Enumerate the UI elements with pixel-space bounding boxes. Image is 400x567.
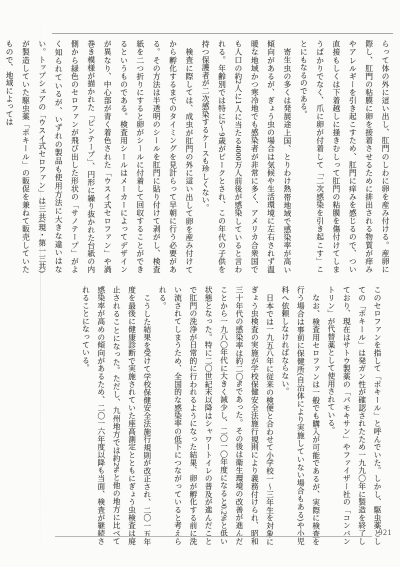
paragraph-continuation: このセロファンを指して「ポキール」と呼んでいた。しかし、駆虫薬としての「ポキール… (324, 286, 385, 545)
paragraph: 検査に際しては、成虫が肛門の外に這い出して卵を産み付けてから孵化するまでのタイミ… (1, 40, 197, 273)
paragraph-continuation: らって体の外に這い出し、肛門のしわに卵を産み付ける。産卵に際し、肛門の粘膜に卵を… (295, 40, 393, 273)
header-rule (52, 33, 393, 34)
page-number: 921 (379, 528, 393, 537)
scanned-book-page: らって体の外に這い出し、肛門のしわに卵を産み付ける。産卵に際し、肛門の粘膜に卵を… (0, 0, 400, 567)
upper-text-band: らって体の外に這い出し、肛門のしわに卵を産み付ける。産卵に際し、肛門の粘膜に卵を… (49, 40, 393, 273)
lower-text-band: このセロファンを指して「ポキール」と呼んでいた。しかし、駆虫薬としての「ポキール… (48, 286, 385, 545)
paragraph: 日本では一九五八年に従来の検便と合わせて小学校一〜三年生を対象にぎょう虫検査の実… (155, 286, 278, 545)
paragraph: なお、検査用セロファンは一般でも購入が可能であるが、実際に検査を行う場合は事前に… (278, 286, 324, 545)
paragraph: 寄生虫の多くは発展途上国、とりわけ熱帯地域で感染率が高い傾向があるが、ぎょう虫の… (197, 40, 295, 273)
paragraph: こうした結果を受けて学校保健安全法施行規則が改正され、二〇一五年度を最後に健康診… (78, 286, 155, 545)
footer-rule (55, 536, 372, 537)
